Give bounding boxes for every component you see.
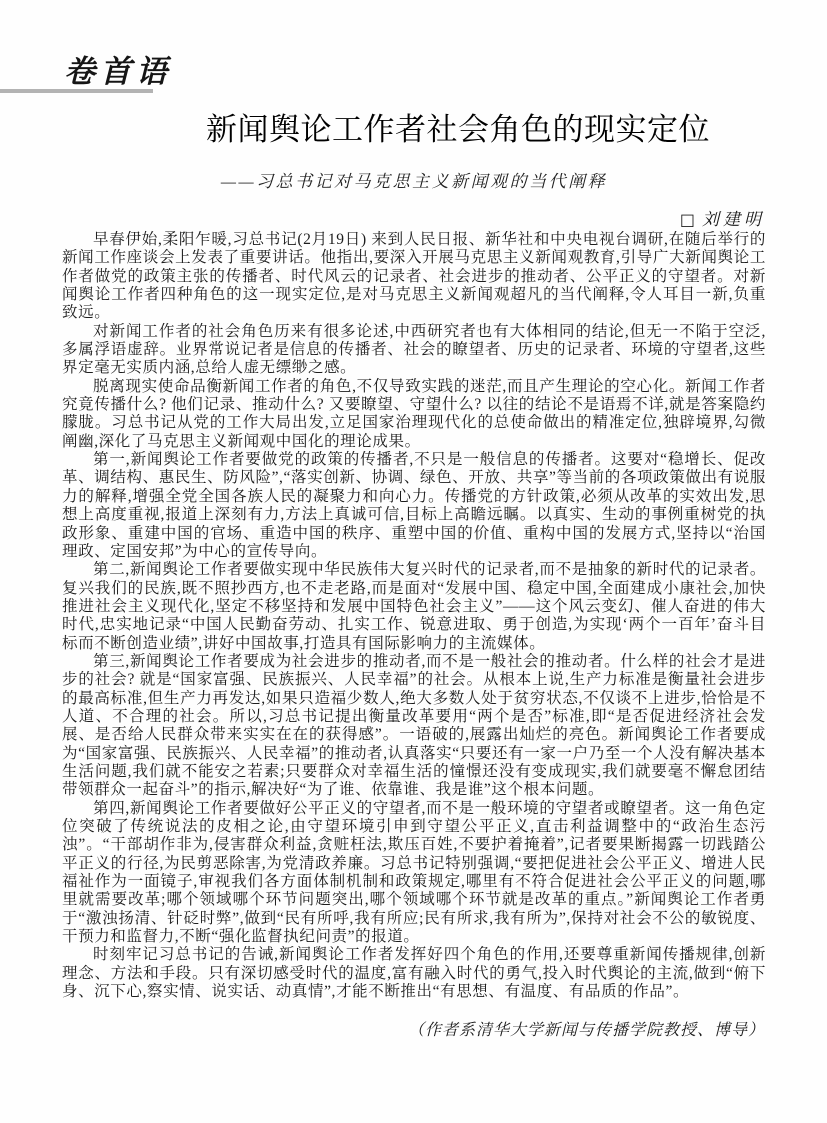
article-title: 新闻舆论工作者社会角色的现实定位 [106,104,810,149]
paragraph-role-first: 第一,新闻舆论工作者要做党的政策的传播者,不只是一般信息的传播者。这要对“稳增长… [62,451,766,561]
paragraph-problem: 脱离现实使命品衡新闻工作者的角色,不仅导致实践的迷茫,而且产生理论的空心化。新闻… [62,378,766,451]
paragraph-role-fourth: 第四,新闻舆论工作者要做好公平正义的守望者,而不是一般环境的守望者或瞭望者。这一… [62,800,766,947]
article-subtitle: ——习总书记对马克思主义新闻观的当代阐释 [62,167,766,192]
magazine-page: 卷首语 新闻舆论工作者社会角色的现实定位 ——习总书记对马克思主义新闻观的当代阐… [0,0,827,1123]
article-body: 早春伊始,柔阳乍暖,习总书记(2月19日) 来到人民日报、新华社和中央电视台调研… [62,231,766,1001]
section-label: 卷首语 [64,46,172,91]
paragraph-intro: 早春伊始,柔阳乍暖,习总书记(2月19日) 来到人民日报、新华社和中央电视台调研… [62,231,766,323]
author-name: 刘建明 [702,210,765,229]
section-rule-divider [0,89,153,93]
author-affiliation-note: （作者系清华大学新闻与传播学院教授、博导） [408,1017,765,1040]
paragraph-background: 对新闻工作者的社会角色历来有很多论述,中西研究者也有大体相同的结论,但无一不陷于… [62,323,766,378]
author-line: □刘建明 [680,205,765,230]
paragraph-conclusion: 时刻牢记习总书记的告诫,新闻舆论工作者发挥好四个角色的作用,还要尊重新闻传播规律… [62,946,766,1001]
paragraph-role-second: 第二,新闻舆论工作者要做实现中华民族伟大复兴时代的记录者,而不是抽象的新时代的记… [62,561,766,653]
paragraph-role-third: 第三,新闻舆论工作者要成为社会进步的推动者,而不是一般社会的推动者。什么样的社会… [62,653,766,800]
author-box-icon: □ [680,210,695,229]
